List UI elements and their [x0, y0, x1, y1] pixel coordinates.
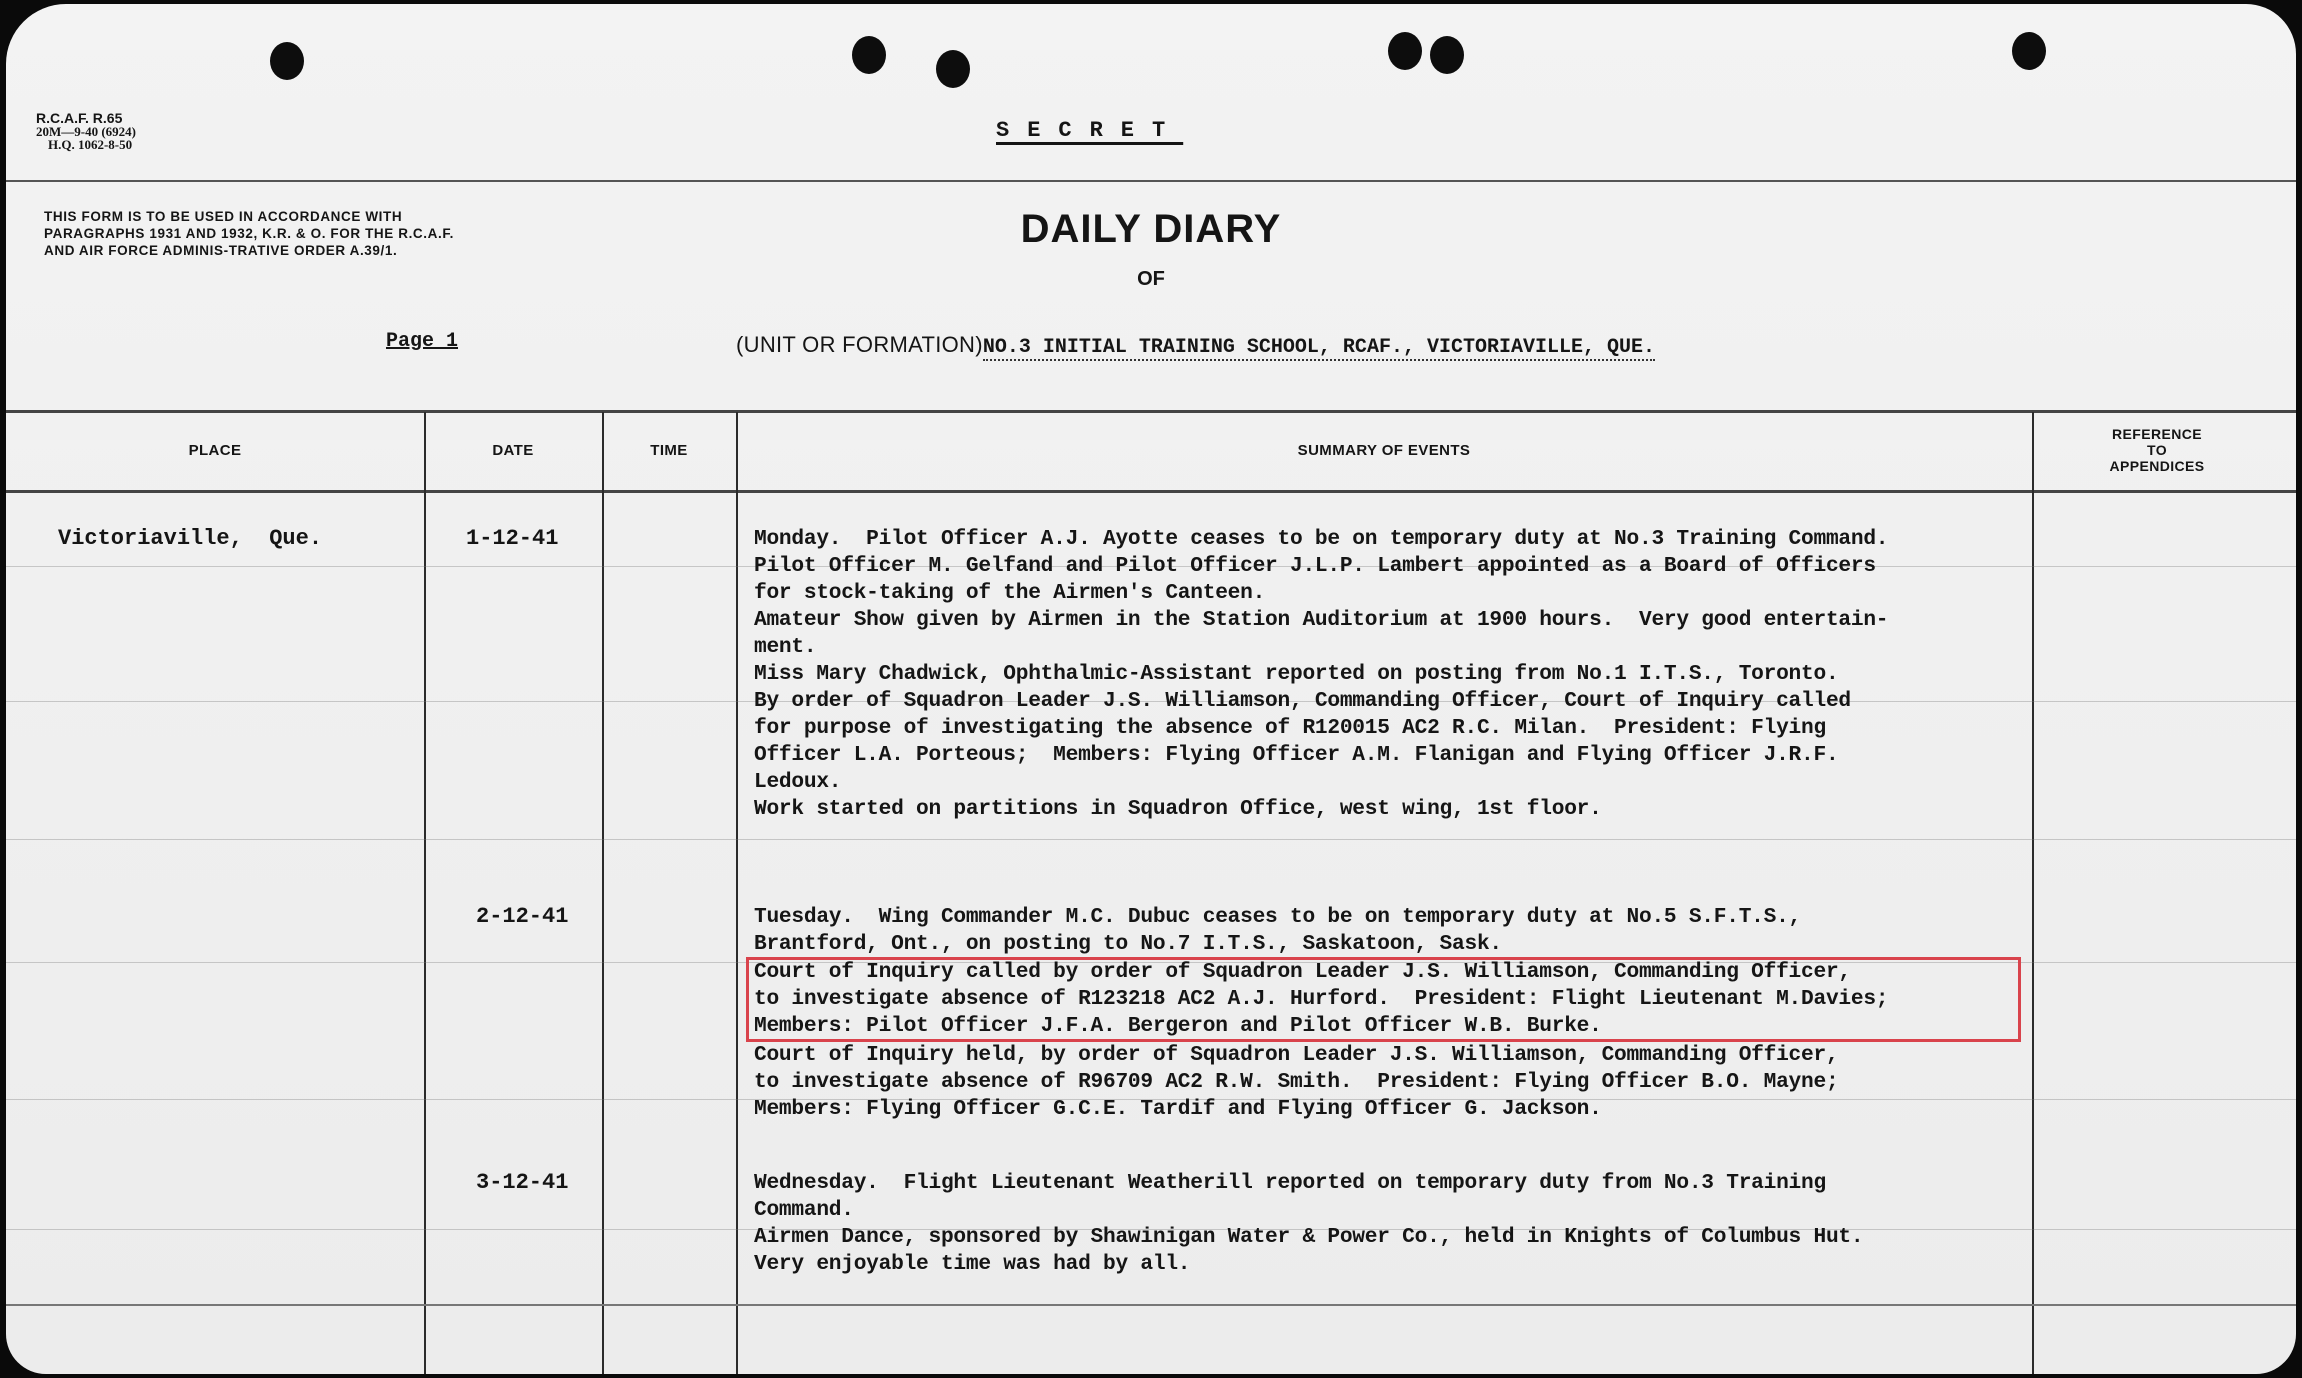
diary-entry: Tuesday. Wing Commander M.C. Dubuc cease…	[754, 904, 1801, 958]
page-number: Page 1	[386, 330, 458, 353]
punch-hole	[1430, 36, 1464, 74]
column-header-summary: SUMMARY OF EVENTS	[736, 442, 2032, 459]
header-divider	[6, 180, 2296, 182]
punch-hole	[270, 42, 304, 80]
bottom-rule	[6, 1304, 2296, 1306]
classification-label: SECRET	[996, 118, 1183, 143]
punch-hole	[852, 36, 886, 74]
form-code-line3: H.Q. 1062-8-50	[36, 138, 136, 151]
place-value: Victoriaville, Que.	[58, 526, 322, 551]
title-of: OF	[6, 268, 2296, 291]
entry-date: 1-12-41	[466, 526, 558, 551]
punch-hole	[936, 50, 970, 88]
column-header-date: DATE	[424, 442, 602, 459]
page-title: DAILY DIARY	[6, 207, 2296, 252]
form-code: R.C.A.F. R.65 20M—9-40 (6924) H.Q. 1062-…	[36, 112, 136, 151]
punch-hole	[2012, 32, 2046, 70]
unit-label: (UNIT OR FORMATION)	[736, 332, 983, 357]
diary-entry: Wednesday. Flight Lieutenant Weatherill …	[754, 1170, 1863, 1278]
diary-page-scan: R.C.A.F. R.65 20M—9-40 (6924) H.Q. 1062-…	[6, 4, 2296, 1374]
punch-hole	[1388, 32, 1422, 70]
reference-line3: APPENDICES	[2032, 458, 2282, 474]
table-header: PLACE DATE TIME SUMMARY OF EVENTS REFERE…	[6, 412, 2296, 494]
column-header-time: TIME	[602, 442, 736, 459]
reference-line1: REFERENCE	[2032, 426, 2282, 442]
diary-entry: Monday. Pilot Officer A.J. Ayotte ceases…	[754, 526, 1888, 823]
entry-date: 3-12-41	[476, 1170, 568, 1195]
diary-entry: Court of Inquiry held, by order of Squad…	[754, 1042, 1838, 1123]
column-header-place: PLACE	[6, 442, 424, 459]
diary-entry-highlighted: Court of Inquiry called by order of Squa…	[754, 959, 1888, 1040]
reference-line2: TO	[2032, 442, 2282, 458]
entry-date: 2-12-41	[476, 904, 568, 929]
unit-value: NO.3 INITIAL TRAINING SCHOOL, RCAF., VIC…	[983, 336, 1655, 361]
column-header-reference: REFERENCE TO APPENDICES	[2032, 426, 2282, 474]
unit-formation-row: (UNIT OR FORMATION)NO.3 INITIAL TRAINING…	[736, 332, 1655, 359]
